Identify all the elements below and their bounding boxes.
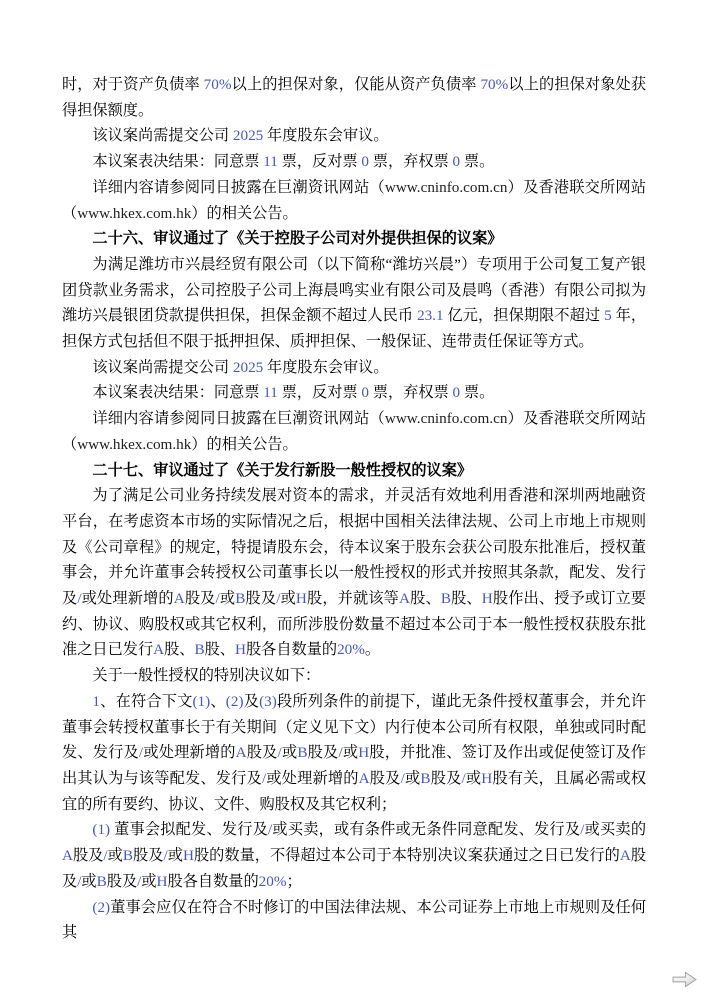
cjk-text: 票。 — [460, 153, 494, 170]
page-forward-arrow-glyph — [671, 969, 698, 990]
paragraph: 本议案表决结果：同意票 11 票，反对票 0 票，弃权票 0 票。 — [62, 149, 646, 175]
latin-text: 20% — [259, 873, 287, 890]
cjk-text: 股各自数量的 — [168, 873, 259, 890]
paragraph: (2)董事会应仅在符合不时修订的中国法律法规、本公司证券上市地上市规则及任何其 — [62, 895, 646, 946]
cjk-text: 或 — [466, 770, 482, 787]
cjk-text: 或 — [280, 590, 295, 607]
latin-text: H — [481, 770, 492, 787]
paragraph: 时，对于资产负债率 70%以上的担保对象，仅能从资产负债率 70%以上的担保对象… — [62, 72, 646, 123]
cjk-text: ； — [286, 873, 301, 890]
cjk-text: 年度股东会审议。 — [263, 359, 388, 376]
cjk-text: 。 — [365, 641, 380, 658]
paragraph: 为满足潍坊市兴晨经贸有限公司（以下简称“潍坊兴晨”）专项用于公司复工复产银团贷款… — [62, 252, 646, 355]
latin-text: A — [236, 744, 247, 761]
cjk-text: 票，弃权票 — [369, 153, 453, 170]
latin-text: B — [123, 847, 133, 864]
latin-text: A — [359, 770, 370, 787]
cjk-text: 、 — [210, 693, 226, 710]
cjk-text: 或处理新增的 — [266, 770, 358, 787]
cjk-text: 二十六、审议通过了《关于控股子公司对外提供担保的议案》 — [92, 230, 502, 247]
cjk-text: 股、 — [451, 590, 482, 607]
cjk-text: 该议案尚需提交公司 — [92, 127, 232, 144]
cjk-text: 或 — [220, 590, 235, 607]
cjk-text: 亿元，担保期限不超过 — [444, 307, 604, 324]
cjk-text: 年度股东会审议。 — [263, 127, 388, 144]
paragraph: 详细内容请参阅同日披露在巨潮资讯网站（www.cninfo.com.cn）及香港… — [62, 406, 646, 457]
cjk-text: ）的相关公告。 — [191, 205, 297, 222]
paragraph: 关于一般性授权的特别决议如下： — [62, 663, 646, 689]
cjk-text: 股及 — [307, 744, 338, 761]
latin-text: B — [235, 590, 245, 607]
paragraph: 该议案尚需提交公司 2025 年度股东会审议。 — [62, 355, 646, 381]
cjk-text: 或买卖，或有条件或无条件同意配发、发行及 — [272, 821, 580, 838]
latin-text: H — [157, 873, 168, 890]
cjk-text: 该议案尚需提交公司 — [92, 359, 232, 376]
paragraph: 1、在符合下文(1)、(2)及(3)段所列条件的前提下，谨此无条件授权董事会，并… — [62, 689, 646, 818]
cjk-text: 票，反对票 — [278, 384, 362, 401]
document-page: 时，对于资产负债率 70%以上的担保对象，仅能从资产负债率 70%以上的担保对象… — [0, 0, 707, 1002]
url-text: www.hkex.com.hk — [77, 205, 191, 222]
cjk-text: 以上的担保对象，仅能从资产负债率 — [232, 76, 481, 93]
cjk-text: 股及 — [185, 590, 216, 607]
cjk-text: 或处理新增的 — [143, 744, 235, 761]
latin-text: B — [194, 641, 204, 658]
latin-text: H — [235, 641, 246, 658]
cjk-text: 股、 — [164, 641, 194, 658]
latin-text: (1) — [192, 693, 210, 710]
section-heading: 二十六、审议通过了《关于控股子公司对外提供担保的议案》 — [62, 226, 646, 252]
cjk-text: 本议案表决结果：同意票 — [92, 153, 263, 170]
cjk-text: 票，弃权票 — [369, 384, 453, 401]
cjk-text: 董事会应仅在符合不时修订的中国法律法规、本公司证券上市地上市规则及任何其 — [62, 899, 646, 942]
cjk-text: 董事会拟配发、发行及 — [110, 821, 268, 838]
latin-text: H — [296, 590, 307, 607]
cjk-text: 股的数量，不得超过本公司于本特别决议案获通过之日已发行的 — [194, 847, 620, 864]
latin-text: A — [62, 847, 73, 864]
latin-text: 2025 — [233, 127, 263, 144]
latin-text: A — [399, 590, 410, 607]
cjk-text: 股各自数量的 — [246, 641, 337, 658]
cjk-text: 票。 — [460, 384, 494, 401]
cjk-text: 关于一般性授权的特别决议如下： — [92, 667, 320, 684]
latin-text: (2) — [226, 693, 244, 710]
cjk-text: 股及 — [370, 770, 401, 787]
latin-text: B — [297, 744, 307, 761]
paragraph: 该议案尚需提交公司 2025 年度股东会审议。 — [62, 123, 646, 149]
cjk-text: 股、 — [205, 641, 235, 658]
cjk-text: 或 — [343, 744, 359, 761]
latin-text: (1) — [92, 821, 110, 838]
latin-text: 0 — [453, 153, 461, 170]
cjk-text: 股及 — [73, 847, 103, 864]
latin-text: 23.1 — [417, 307, 444, 324]
latin-text: A — [620, 847, 631, 864]
cjk-text: 时，对于资产负债率 — [62, 76, 204, 93]
cjk-text: 或 — [81, 873, 96, 890]
latin-text: 11 — [263, 153, 278, 170]
cjk-text: 详细内容请参阅同日披露在巨潮资讯网站（ — [92, 179, 384, 196]
cjk-text: 股及 — [431, 770, 462, 787]
cjk-text: 二十七、审议通过了《关于发行新股一般性授权的议案》 — [92, 462, 472, 479]
cjk-text: 或 — [282, 744, 298, 761]
latin-text: 0 — [361, 153, 369, 170]
latin-text: 20% — [337, 641, 365, 658]
cjk-text: 、在符合下文 — [100, 693, 193, 710]
paragraph: 为了满足公司业务持续发展对资本的需求，并灵活有效地利用香港和深圳两地融资平台，在… — [62, 483, 646, 663]
latin-text: B — [97, 873, 107, 890]
cjk-text: 股及 — [133, 847, 163, 864]
cjk-text: 或 — [405, 770, 421, 787]
latin-text: H — [358, 744, 369, 761]
cjk-text: 或处理新增的 — [82, 590, 174, 607]
latin-text: 11 — [263, 384, 278, 401]
document-body: 时，对于资产负债率 70%以上的担保对象，仅能从资产负债率 70%以上的担保对象… — [0, 0, 707, 946]
paragraph: 详细内容请参阅同日披露在巨潮资讯网站（www.cninfo.com.cn）及香港… — [62, 175, 646, 226]
paragraph: (1) 董事会拟配发、发行及/或买卖，或有条件或无条件同意配发、发行及/或买卖的… — [62, 817, 646, 894]
cjk-text: ）的相关公告。 — [191, 436, 297, 453]
latin-text: 1 — [92, 693, 100, 710]
latin-text: B — [420, 770, 430, 787]
cjk-text: 及 — [244, 693, 260, 710]
cjk-text: 股及 — [245, 590, 276, 607]
cjk-text: 或买卖的 — [584, 821, 646, 838]
cjk-text: 或 — [168, 847, 183, 864]
latin-text: 0 — [361, 384, 369, 401]
url-text: www.cninfo.com.cn — [385, 179, 508, 196]
latin-text: 70% — [204, 76, 232, 93]
cjk-text: 股，并就该等 — [307, 590, 399, 607]
paragraph: 本议案表决结果：同意票 11 票，反对票 0 票，弃权票 0 票。 — [62, 380, 646, 406]
cjk-text: 票，反对票 — [278, 153, 362, 170]
latin-text: (3) — [259, 693, 277, 710]
url-text: www.hkex.com.hk — [77, 436, 191, 453]
section-heading: 二十七、审议通过了《关于发行新股一般性授权的议案》 — [62, 458, 646, 484]
cjk-text: 股、 — [410, 590, 441, 607]
page-forward-arrow-icon[interactable] — [671, 969, 698, 990]
cjk-text: 详细内容请参阅同日披露在巨潮资讯网站（ — [92, 410, 384, 427]
cjk-text: 股及 — [247, 744, 278, 761]
latin-text: 5 — [604, 307, 612, 324]
cjk-text: 股及 — [107, 873, 137, 890]
latin-text: B — [441, 590, 451, 607]
cjk-text: 或 — [108, 847, 123, 864]
url-text: www.cninfo.com.cn — [385, 410, 508, 427]
latin-text: 0 — [453, 384, 461, 401]
latin-text: A — [153, 641, 164, 658]
latin-text: 2025 — [233, 359, 263, 376]
cjk-text: 或 — [141, 873, 156, 890]
latin-text: H — [183, 847, 194, 864]
latin-text: H — [482, 590, 493, 607]
latin-text: (2) — [92, 899, 110, 916]
cjk-text: 本议案表决结果：同意票 — [92, 384, 263, 401]
latin-text: A — [174, 590, 185, 607]
latin-text: 70% — [480, 76, 508, 93]
